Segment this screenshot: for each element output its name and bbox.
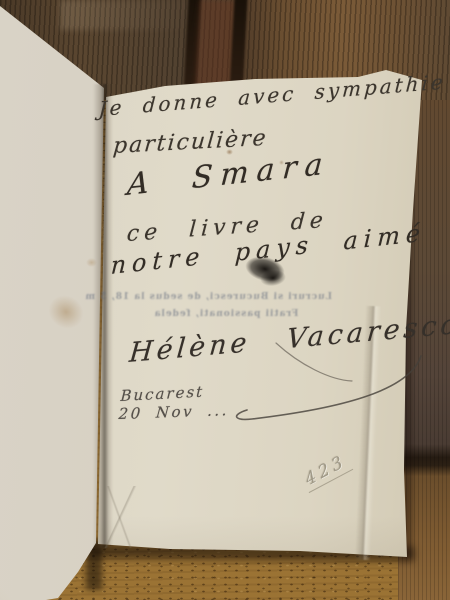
book-photo: Lucruri si Bucuresci, de sedus la 18, 5 … bbox=[0, 0, 450, 600]
paper-stain bbox=[86, 258, 97, 267]
pencil-scratches bbox=[104, 486, 138, 548]
book-gutter-shadow bbox=[93, 84, 113, 548]
showthrough-print-line: Fratii passionati, fedela bbox=[140, 309, 312, 319]
wood-light-sheen bbox=[60, 0, 250, 30]
showthrough-print-line: Lucruri si Bucuresci, de sedus la 18, 5 … bbox=[116, 292, 332, 302]
